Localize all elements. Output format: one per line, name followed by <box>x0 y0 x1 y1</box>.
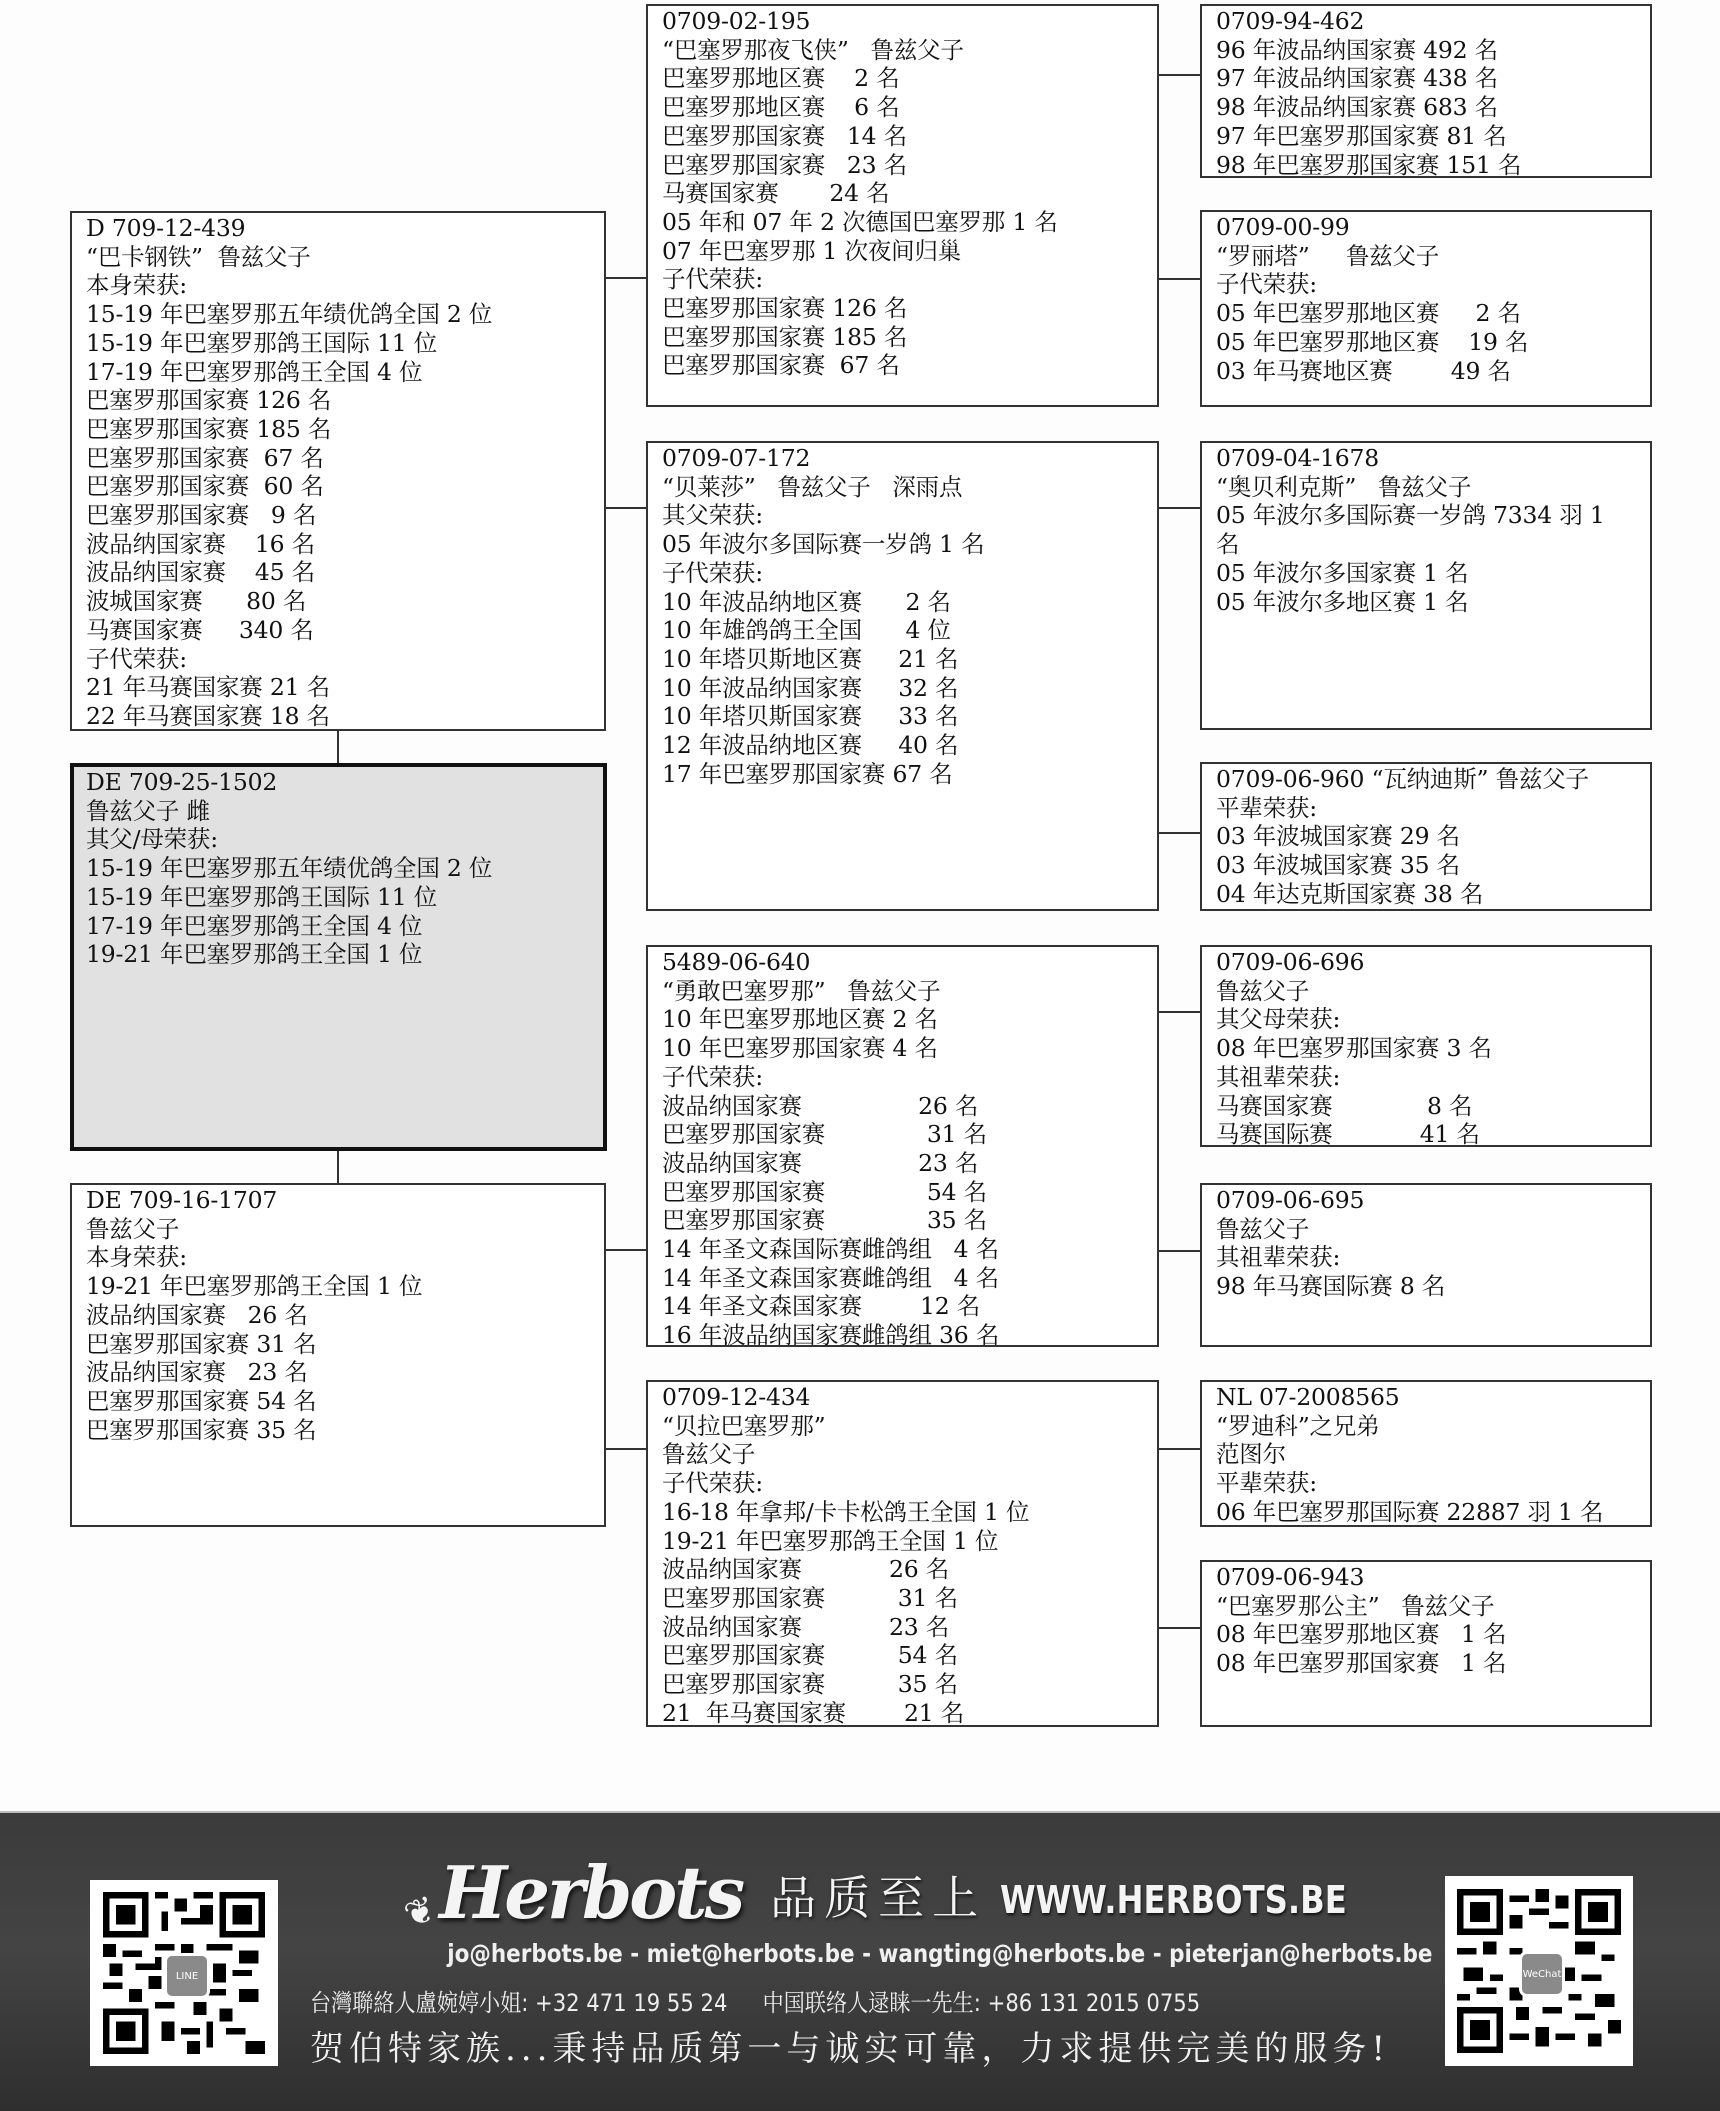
pedigree-line: 03 年马赛地区赛 49 名 <box>1216 357 1650 386</box>
contact-china: 中国联络人逯睐一先生: +86 131 2015 0755 <box>763 1983 1201 2018</box>
pedigree-line: 子代荣获: <box>662 1063 1157 1092</box>
pedigree-line: 巴塞罗那国家赛 126 名 <box>662 294 1157 323</box>
pedigree-line: 鲁兹父子 <box>1216 977 1650 1006</box>
footer-banner: LINE ❦ Herbots 品质至上 WWW.HERBOTS.BE jo@he… <box>0 1811 1720 2111</box>
ring-number: 0709-12-434 <box>662 1383 1157 1412</box>
contact-phones: 台灣聯絡人盧婉婷小姐: +32 471 19 55 24 中国联络人逯睐一先生:… <box>310 1983 1278 2018</box>
pedigree-line: 巴塞罗那国家赛 35 名 <box>662 1206 1157 1235</box>
pedigree-line: “罗迪科”之兄弟 <box>1216 1412 1650 1441</box>
pedigree-line: “巴塞罗那夜飞侠” 鲁兹父子 <box>662 36 1157 65</box>
pedigree-line: 范图尔 <box>1216 1440 1650 1469</box>
connector <box>1159 74 1200 76</box>
ring-number: DE 709-16-1707 <box>86 1186 604 1215</box>
line-logo-icon: LINE <box>164 1953 210 1999</box>
pedigree-line: 巴塞罗那国家赛 23 名 <box>662 151 1157 180</box>
pedigree-line: 平辈荣获: <box>1216 794 1650 823</box>
pedigree-line: 17-19 年巴塞罗那鸽王全国 4 位 <box>86 358 604 387</box>
pedigree-line: 波品纳国家赛 26 名 <box>662 1092 1157 1121</box>
pedigree-line: “罗丽塔” 鲁兹父子 <box>1216 242 1650 271</box>
pedigree-line: 巴塞罗那国家赛 35 名 <box>662 1670 1157 1699</box>
pedigree-line: 马赛国家赛 24 名 <box>662 179 1157 208</box>
connector <box>606 1249 646 1251</box>
connector <box>1159 1448 1200 1450</box>
company-motto: 贺伯特家族...秉持品质第一与诚实可靠，力求提供完美的服务! <box>310 2021 1410 2070</box>
feather-icon: ❦ <box>399 1888 441 1937</box>
pedigree-line: 04 年达克斯国家赛 38 名 <box>1216 880 1650 909</box>
pedigree-box-gg-8: 0709-06-943“巴塞罗那公主” 鲁兹父子08 年巴塞罗那地区赛 1 名0… <box>1200 1560 1652 1727</box>
pedigree-line: 08 年巴塞罗那国家赛 3 名 <box>1216 1034 1650 1063</box>
pedigree-line: 波品纳国家赛 23 名 <box>662 1613 1157 1642</box>
pedigree-line: 巴塞罗那地区赛 6 名 <box>662 93 1157 122</box>
pedigree-line: 16 年波品纳国家赛雌鸽组 36 名 <box>662 1321 1157 1350</box>
ring-number: NL 07-2008565 <box>1216 1383 1650 1412</box>
line-qr-code[interactable]: LINE <box>90 1880 278 2066</box>
pedigree-line: 巴塞罗那国家赛 67 名 <box>86 444 604 473</box>
pedigree-line: 05 年巴塞罗那地区赛 19 名 <box>1216 328 1650 357</box>
connector <box>606 277 646 279</box>
pedigree-box-gg-5: 0709-06-696鲁兹父子其父母荣获:08 年巴塞罗那国家赛 3 名其祖辈荣… <box>1200 945 1652 1147</box>
pedigree-line: 子代荣获: <box>662 265 1157 294</box>
ring-number: 0709-04-1678 <box>1216 444 1650 473</box>
pedigree-line: 其父/母荣获: <box>86 825 603 854</box>
pedigree-line: 21 年马赛国家赛 21 名 <box>86 673 604 702</box>
pedigree-line: 平辈荣获: <box>1216 1469 1650 1498</box>
pedigree-line: 14 年圣文森国家赛雌鸽组 4 名 <box>662 1264 1157 1293</box>
pedigree-line: 05 年波尔多国家赛 1 名 <box>1216 559 1650 588</box>
email-links[interactable]: jo@herbots.be - miet@herbots.be - wangti… <box>447 1939 1273 1968</box>
pedigree-line: 其父荣获: <box>662 501 1157 530</box>
pedigree-line: 14 年圣文森国际赛雌鸽组 4 名 <box>662 1235 1157 1264</box>
pedigree-line: 21 年马赛国家赛 21 名 <box>662 1699 1157 1728</box>
pedigree-line: “贝拉巴塞罗那” <box>662 1412 1157 1441</box>
connector <box>1159 1250 1200 1252</box>
pedigree-line: 巴塞罗那国家赛 14 名 <box>662 122 1157 151</box>
pedigree-line: 巴塞罗那地区赛 2 名 <box>662 64 1157 93</box>
pedigree-line: 其祖辈荣获: <box>1216 1243 1650 1272</box>
pedigree-line: 巴塞罗那国家赛 185 名 <box>662 323 1157 352</box>
pedigree-line: 15-19 年巴塞罗那五年绩优鸽全国 2 位 <box>86 854 603 883</box>
pedigree-box-sire-sire: 0709-02-195“巴塞罗那夜飞侠” 鲁兹父子巴塞罗那地区赛 2 名巴塞罗那… <box>646 4 1159 407</box>
ring-number: 0709-02-195 <box>662 7 1157 36</box>
pedigree-line: 鲁兹父子 <box>86 1215 604 1244</box>
pedigree-line: 10 年塔贝斯国家赛 33 名 <box>662 702 1157 731</box>
pedigree-box-gg-6: 0709-06-695鲁兹父子其祖辈荣获:98 年马赛国际赛 8 名 <box>1200 1183 1652 1347</box>
ring-number: 0709-94-462 <box>1216 7 1650 36</box>
pedigree-line: 06 年巴塞罗那国际赛 22887 羽 1 名 <box>1216 1498 1650 1527</box>
ring-number: 0709-07-172 <box>662 444 1157 473</box>
pedigree-line: 98 年马赛国际赛 8 名 <box>1216 1272 1650 1301</box>
pedigree-line: “贝莱莎” 鲁兹父子 深雨点 <box>662 473 1157 502</box>
pedigree-line: 名 <box>1216 530 1650 559</box>
connector <box>337 730 339 764</box>
pedigree-line: 鲁兹父子 <box>662 1440 1157 1469</box>
pedigree-line: “勇敢巴塞罗那” 鲁兹父子 <box>662 977 1157 1006</box>
pedigree-line: 96 年波品纳国家赛 492 名 <box>1216 36 1650 65</box>
pedigree-line: 19-21 年巴塞罗那鸽王全国 1 位 <box>86 1272 604 1301</box>
pedigree-line: 03 年波城国家赛 35 名 <box>1216 851 1650 880</box>
ring-number: 5489-06-640 <box>662 948 1157 977</box>
pedigree-line: 98 年波品纳国家赛 683 名 <box>1216 93 1650 122</box>
pedigree-line: 子代荣获: <box>86 645 604 674</box>
pedigree-line: 其祖辈荣获: <box>1216 1063 1650 1092</box>
pedigree-line: 07 年巴塞罗那 1 次夜间归巢 <box>662 237 1157 266</box>
pedigree-line: 17 年巴塞罗那国家赛 67 名 <box>662 760 1157 789</box>
ring-number: DE 709-25-1502 <box>86 768 603 797</box>
pedigree-line: 波品纳国家赛 23 名 <box>86 1358 604 1387</box>
pedigree-line: 12 年波品纳地区赛 40 名 <box>662 731 1157 760</box>
pedigree-line: 鲁兹父子 <box>1216 1215 1650 1244</box>
pedigree-line: 巴塞罗那国家赛 67 名 <box>662 351 1157 380</box>
pedigree-line: 巴塞罗那国家赛 31 名 <box>662 1584 1157 1613</box>
pedigree-line: 17-19 年巴塞罗那鸽王全国 4 位 <box>86 912 603 941</box>
pedigree-box-gg-7: NL 07-2008565“罗迪科”之兄弟范图尔平辈荣获:06 年巴塞罗那国际赛… <box>1200 1380 1652 1527</box>
connector <box>1159 278 1200 280</box>
pedigree-line: 08 年巴塞罗那国家赛 1 名 <box>1216 1649 1650 1678</box>
pedigree-box-gg-2: 0709-00-99“罗丽塔” 鲁兹父子子代荣获:05 年巴塞罗那地区赛 2 名… <box>1200 210 1652 407</box>
pedigree-line: 16-18 年拿邦/卡卡松鸽王全国 1 位 <box>662 1498 1157 1527</box>
pedigree-line: 巴塞罗那国家赛 31 名 <box>86 1330 604 1359</box>
pedigree-box-gg-4: 0709-06-960 “瓦纳迪斯” 鲁兹父子平辈荣获:03 年波城国家赛 29… <box>1200 762 1652 911</box>
connector <box>606 1448 646 1450</box>
herbots-logo: Herbots <box>439 1853 742 1933</box>
ring-number: 0709-06-943 <box>1216 1563 1650 1592</box>
pedigree-line: “巴塞罗那公主” 鲁兹父子 <box>1216 1592 1650 1621</box>
pedigree-line: 05 年波尔多国际赛一岁鸽 7334 羽 1 <box>1216 501 1650 530</box>
pedigree-line: 本身荣获: <box>86 271 604 300</box>
pedigree-line: 巴塞罗那国家赛 54 名 <box>662 1641 1157 1670</box>
pedigree-line: 波品纳国家赛 26 名 <box>662 1555 1157 1584</box>
pedigree-line: 波品纳国家赛 45 名 <box>86 558 604 587</box>
ring-number: 0709-06-695 <box>1216 1186 1650 1215</box>
connector <box>1159 832 1200 834</box>
pedigree-line: 巴塞罗那国家赛 35 名 <box>86 1416 604 1445</box>
pedigree-line: 波品纳国家赛 26 名 <box>86 1301 604 1330</box>
wechat-qr-code[interactable]: WeChat <box>1445 1876 1633 2066</box>
pedigree-line: 05 年波尔多地区赛 1 名 <box>1216 588 1650 617</box>
pedigree-box-sire-dam: 0709-07-172“贝莱莎” 鲁兹父子 深雨点其父荣获:05 年波尔多国际赛… <box>646 441 1159 911</box>
pedigree-line: 巴塞罗那国家赛 9 名 <box>86 501 604 530</box>
pedigree-line: 05 年巴塞罗那地区赛 2 名 <box>1216 299 1650 328</box>
brand-slogan: 品质至上 <box>770 1863 986 1933</box>
pedigree-line: 鲁兹父子 雌 <box>86 797 603 826</box>
pedigree-box-gg-1: 0709-94-46296 年波品纳国家赛 492 名97 年波品纳国家赛 43… <box>1200 4 1652 178</box>
website-link[interactable]: WWW.HERBOTS.BE <box>1000 1867 1347 1933</box>
pedigree-line: 波城国家赛 80 名 <box>86 587 604 616</box>
contact-taiwan: 台灣聯絡人盧婉婷小姐: +32 471 19 55 24 <box>310 1983 727 2018</box>
pedigree-line: “奥贝利克斯” 鲁兹父子 <box>1216 473 1650 502</box>
pedigree-line: 15-19 年巴塞罗那五年绩优鸽全国 2 位 <box>86 300 604 329</box>
connector <box>606 507 646 509</box>
pedigree-box-dam-dam: 0709-12-434“贝拉巴塞罗那”鲁兹父子子代荣获:16-18 年拿邦/卡卡… <box>646 1380 1159 1727</box>
pedigree-line: 97 年巴塞罗那国家赛 81 名 <box>1216 122 1650 151</box>
pedigree-line: 03 年波城国家赛 29 名 <box>1216 822 1650 851</box>
pedigree-line: 马赛国际赛 41 名 <box>1216 1120 1650 1149</box>
pedigree-line: 14 年圣文森国家赛 12 名 <box>662 1292 1157 1321</box>
pedigree-line: 波品纳国家赛 23 名 <box>662 1149 1157 1178</box>
pedigree-line: 巴塞罗那国家赛 54 名 <box>86 1387 604 1416</box>
pedigree-line: 马赛国家赛 8 名 <box>1216 1092 1650 1121</box>
ring-number: 0709-06-696 <box>1216 948 1650 977</box>
connector <box>337 1150 339 1184</box>
pedigree-line: 10 年巴塞罗那国家赛 4 名 <box>662 1034 1157 1063</box>
pedigree-line: 本身荣获: <box>86 1243 604 1272</box>
pedigree-line: 巴塞罗那国家赛 185 名 <box>86 415 604 444</box>
pedigree-line: 马赛国家赛 340 名 <box>86 616 604 645</box>
pedigree-line: 19-21 年巴塞罗那鸽王全国 1 位 <box>86 940 603 969</box>
connector <box>1159 507 1200 509</box>
pedigree-line: 97 年波品纳国家赛 438 名 <box>1216 64 1650 93</box>
pedigree-box-subject: DE 709-25-1502鲁兹父子 雌其父/母荣获:15-19 年巴塞罗那五年… <box>70 763 607 1151</box>
pedigree-line: 05 年和 07 年 2 次德国巴塞罗那 1 名 <box>662 208 1157 237</box>
pedigree-line: 巴塞罗那国家赛 126 名 <box>86 386 604 415</box>
pedigree-line: 10 年巴塞罗那地区赛 2 名 <box>662 1005 1157 1034</box>
pedigree-line: 22 年马赛国家赛 18 名 <box>86 702 604 731</box>
pedigree-line: “巴卡钢铁” 鲁兹父子 <box>86 243 604 272</box>
pedigree-line: 其父母荣获: <box>1216 1005 1650 1034</box>
pedigree-line: 10 年塔贝斯地区赛 21 名 <box>662 645 1157 674</box>
pedigree-line: 子代荣获: <box>662 559 1157 588</box>
pedigree-box-dam: DE 709-16-1707鲁兹父子本身荣获:19-21 年巴塞罗那鸽王全国 1… <box>70 1183 606 1527</box>
brand-header: ❦ Herbots 品质至上 WWW.HERBOTS.BE <box>405 1853 1408 1933</box>
ring-number: 0709-00-99 <box>1216 213 1650 242</box>
wechat-logo-icon: WeChat <box>1519 1951 1565 1997</box>
ring-number: D 709-12-439 <box>86 214 604 243</box>
pedigree-line: 10 年波品纳地区赛 2 名 <box>662 588 1157 617</box>
pedigree-line: 子代荣获: <box>1216 270 1650 299</box>
pedigree-line: 05 年波尔多国际赛一岁鸽 1 名 <box>662 530 1157 559</box>
ring-number: 0709-06-960 “瓦纳迪斯” 鲁兹父子 <box>1216 765 1650 794</box>
pedigree-box-gg-3: 0709-04-1678“奥贝利克斯” 鲁兹父子05 年波尔多国际赛一岁鸽 73… <box>1200 441 1652 730</box>
pedigree-line: 巴塞罗那国家赛 60 名 <box>86 472 604 501</box>
pedigree-line: 98 年巴塞罗那国家赛 151 名 <box>1216 151 1650 180</box>
pedigree-line: 15-19 年巴塞罗那鸽王国际 11 位 <box>86 329 604 358</box>
pedigree-line: 08 年巴塞罗那地区赛 1 名 <box>1216 1620 1650 1649</box>
pedigree-line: 巴塞罗那国家赛 31 名 <box>662 1120 1157 1149</box>
pedigree-box-dam-sire: 5489-06-640“勇敢巴塞罗那” 鲁兹父子10 年巴塞罗那地区赛 2 名1… <box>646 945 1159 1347</box>
pedigree-line: 19-21 年巴塞罗那鸽王全国 1 位 <box>662 1527 1157 1556</box>
pedigree-line: 子代荣获: <box>662 1469 1157 1498</box>
pedigree-line: 15-19 年巴塞罗那鸽王国际 11 位 <box>86 883 603 912</box>
pedigree-box-sire: D 709-12-439“巴卡钢铁” 鲁兹父子本身荣获:15-19 年巴塞罗那五… <box>70 211 606 731</box>
connector <box>1159 1011 1200 1013</box>
pedigree-line: 10 年雄鸽鸽王全国 4 位 <box>662 616 1157 645</box>
pedigree-line: 巴塞罗那国家赛 54 名 <box>662 1178 1157 1207</box>
pedigree-line: 10 年波品纳国家赛 32 名 <box>662 674 1157 703</box>
connector <box>1159 1627 1200 1629</box>
pedigree-line: 波品纳国家赛 16 名 <box>86 530 604 559</box>
